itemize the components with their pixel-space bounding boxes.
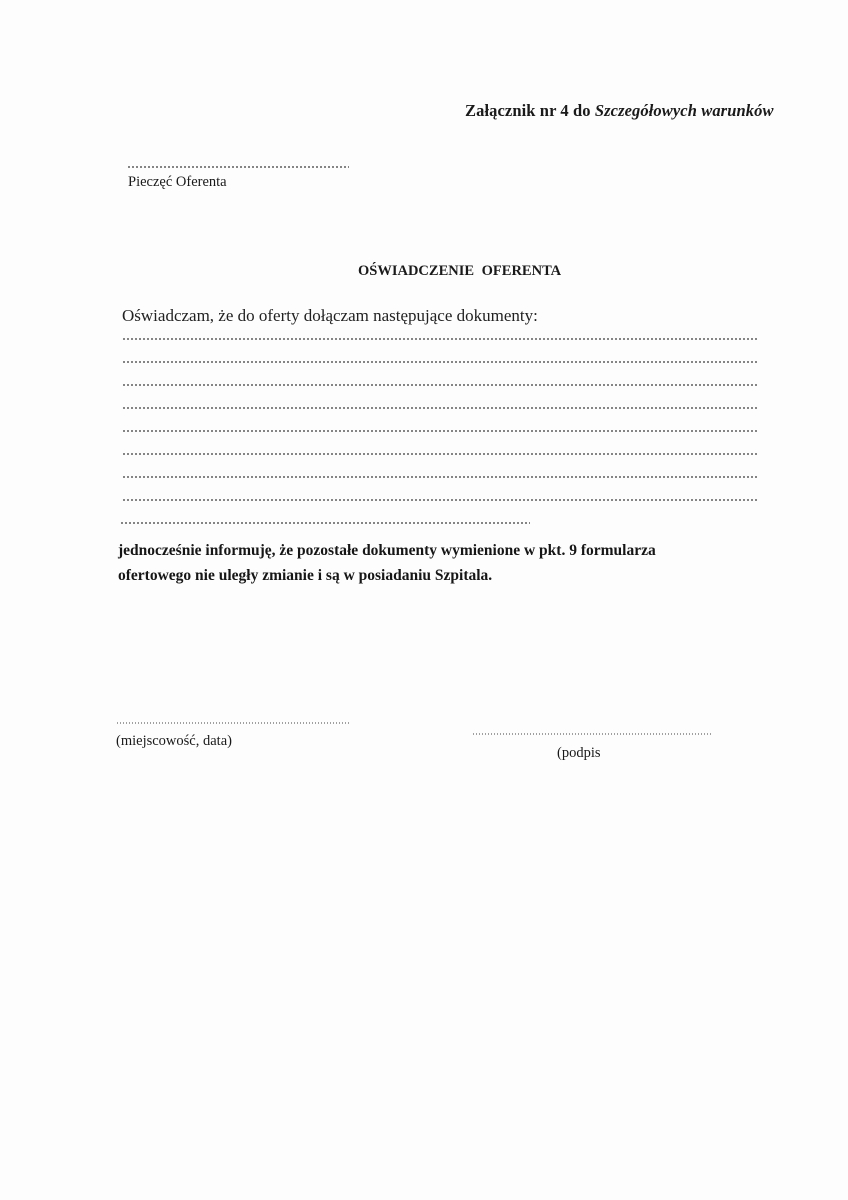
- document-line-4[interactable]: [122, 407, 758, 409]
- signature-label: (podpis: [557, 745, 601, 762]
- document-line-8[interactable]: [122, 499, 758, 501]
- annex-title-prefix: Załącznik nr 4 do: [465, 101, 595, 120]
- document-line-5[interactable]: [122, 430, 758, 432]
- additional-info-paragraph: jednocześnie informuję, że pozostałe dok…: [118, 538, 656, 588]
- stamp-label: Pieczęć Oferenta: [128, 174, 227, 191]
- document-line-7[interactable]: [122, 476, 758, 478]
- document-page: Załącznik nr 4 do Szczegółowych warunków…: [0, 0, 848, 1200]
- annex-title-italic: Szczegółowych warunków: [595, 101, 774, 120]
- additional-info-line-1: jednocześnie informuję, że pozostałe dok…: [118, 538, 656, 563]
- document-line-2[interactable]: [122, 361, 758, 363]
- document-line-3[interactable]: [122, 384, 758, 386]
- intro-statement: Oświadczam, że do oferty dołączam następ…: [122, 306, 538, 326]
- annex-title: Załącznik nr 4 do Szczegółowych warunków: [465, 101, 774, 121]
- place-date-label: (miejscowość, data): [116, 733, 232, 750]
- additional-info-line-2: ofertowego nie uległy zmianie i są w pos…: [118, 563, 656, 588]
- document-line-9[interactable]: [120, 522, 530, 524]
- stamp-dotted-line[interactable]: [127, 166, 349, 168]
- place-date-dotted-line[interactable]: [116, 722, 350, 724]
- document-heading: OŚWIADCZENIE OFERENTA: [358, 263, 561, 280]
- signature-dotted-line[interactable]: [472, 733, 712, 735]
- document-line-6[interactable]: [122, 453, 758, 455]
- document-line-1[interactable]: [122, 338, 758, 340]
